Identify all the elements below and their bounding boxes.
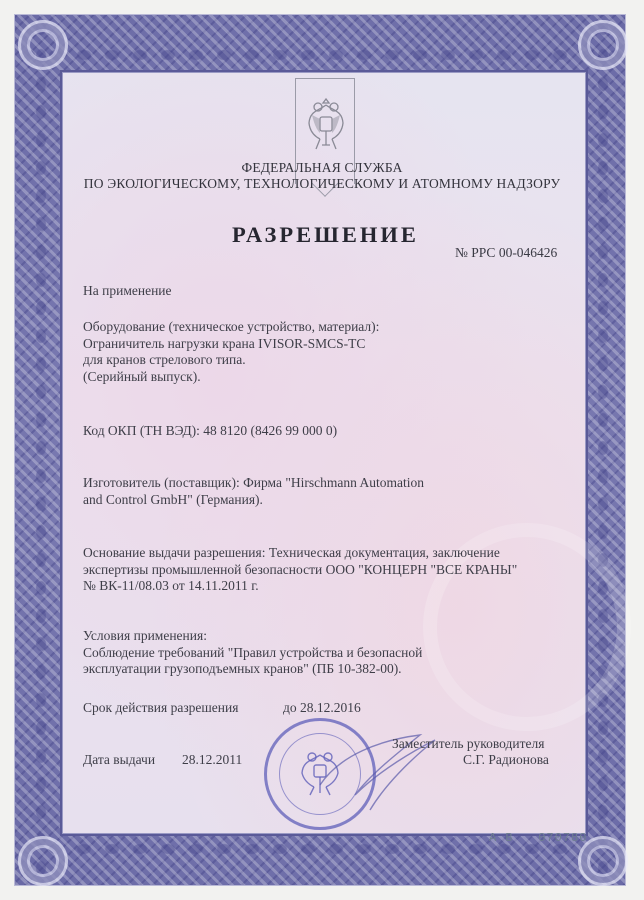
okp-code: Код ОКП (ТН ВЭД): 48 8120 (8426 99 000 0… — [83, 423, 337, 440]
equipment-section: Оборудование (техническое устройство, ма… — [83, 319, 379, 385]
equipment-line: Ограничитель нагрузки крана IVISOR-SMCS-… — [83, 336, 379, 353]
signatory-name: С.Г. Радионова — [463, 752, 549, 769]
form-serial-number: А В 070780 — [489, 831, 587, 845]
basis-line: № ВК-11/08.03 от 14.11.2011 г. — [83, 578, 517, 595]
equipment-line: Оборудование (техническое устройство, ма… — [83, 319, 379, 336]
issue-date-label: Дата выдачи — [83, 752, 155, 769]
manufacturer-section: Изготовитель (поставщик): Фирма "Hirschm… — [83, 475, 424, 508]
conditions-section: Условия применения: Соблюдение требовани… — [83, 628, 422, 678]
agency-name: ФЕДЕРАЛЬНАЯ СЛУЖБА — [0, 160, 644, 176]
document-title: РАЗРЕШЕНИЕ — [232, 222, 419, 248]
conditions-line: эксплуатации грузоподъемных кранов" (ПБ … — [83, 661, 422, 678]
basis-section: Основание выдачи разрешения: Техническая… — [83, 545, 517, 595]
issue-date-value: 28.12.2011 — [182, 752, 242, 769]
serial-series: А В — [489, 831, 514, 845]
agency-subtitle: ПО ЭКОЛОГИЧЕСКОМУ, ТЕХНОЛОГИЧЕСКОМУ И АТ… — [0, 176, 644, 192]
border-ornament-top — [14, 44, 626, 66]
corner-flourish-icon — [18, 836, 68, 886]
signature-icon — [300, 715, 500, 825]
border-ornament-left — [30, 14, 52, 886]
conditions-line: Условия применения: — [83, 628, 422, 645]
manufacturer-line: and Control GmbH" (Германия). — [83, 492, 424, 509]
manufacturer-line: Изготовитель (поставщик): Фирма "Hirschm… — [83, 475, 424, 492]
signatory-position: Заместитель руководителя — [392, 736, 544, 753]
conditions-line: Соблюдение требований "Правил устройства… — [83, 645, 422, 662]
document-number: № РРС 00-046426 — [455, 245, 557, 261]
validity-label: Срок действия разрешения — [83, 700, 238, 717]
purpose-text: На применение — [83, 283, 172, 300]
serial-number: 070780 — [538, 831, 587, 845]
equipment-line: (Серийный выпуск). — [83, 369, 379, 386]
equipment-line: для кранов стрелового типа. — [83, 352, 379, 369]
corner-flourish-icon — [18, 20, 68, 70]
basis-line: Основание выдачи разрешения: Техническая… — [83, 545, 517, 562]
basis-line: экспертизы промышленной безопасности ООО… — [83, 562, 517, 579]
border-ornament-right — [592, 14, 614, 886]
double-headed-eagle-icon — [306, 93, 346, 159]
corner-flourish-icon — [578, 20, 628, 70]
